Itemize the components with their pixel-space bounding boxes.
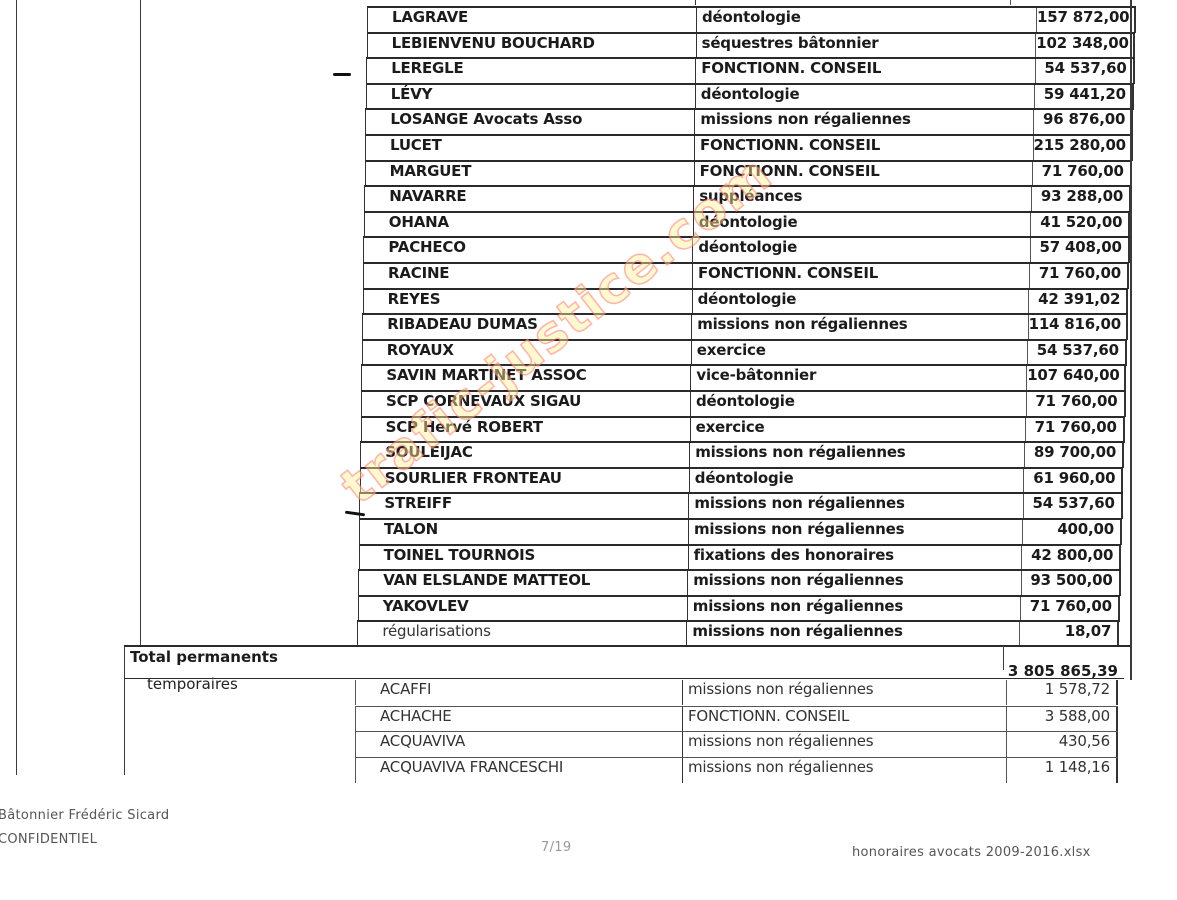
- cell-category: déontologie: [693, 213, 1031, 238]
- table-row: TOINEL TOURNOISfixations des honoraires4…: [359, 544, 1122, 571]
- cell-name: LAGRAVE: [368, 8, 696, 33]
- cell-name: OHANA: [365, 213, 693, 238]
- table-row: REYESdéontologie42 391,02: [363, 288, 1129, 315]
- cell-amount: 54 537,60: [1027, 341, 1127, 366]
- cell-name: NAVARRE: [365, 187, 693, 212]
- cell-amount: 102 348,00: [1035, 34, 1135, 59]
- partial-top-row: 55 542,24: [365, 0, 1132, 5]
- cell-amount: 59 441,20: [1034, 85, 1134, 110]
- group-column-border-lower: [124, 645, 125, 775]
- table-row: RACINEFONCTIONN. CONSEIL71 760,00: [363, 262, 1129, 289]
- scanned-page: 55 542,24 LAGRAVEdéontologie157 872,00LE…: [0, 0, 1177, 900]
- table-row: SOULEIJACmissions non régaliennes89 700,…: [360, 441, 1124, 468]
- cell-name: ACAFFI: [356, 680, 682, 705]
- cell-amount: 157 872,00: [1036, 8, 1136, 33]
- footer-classification: CONFIDENTIEL: [0, 832, 97, 847]
- table-row: ACHACHEFONCTIONN. CONSEIL3 588,00: [355, 706, 1118, 732]
- table-row: TALONmissions non régaliennes400,00: [359, 518, 1122, 545]
- cell-amount: 18,07: [1019, 622, 1119, 647]
- left-column-border: [16, 0, 17, 775]
- cell-name: régularisations: [358, 622, 686, 647]
- table-row: YAKOVLEVmissions non régaliennes71 760,0…: [358, 595, 1120, 622]
- cell-category: missions non régaliennes: [687, 571, 1020, 596]
- cell-category: déontologie: [692, 238, 1029, 263]
- table-row: SOURLIER FRONTEAUdéontologie61 960,00: [360, 467, 1124, 494]
- cell-amount: 107 640,00: [1026, 366, 1126, 391]
- cell-category: missions non régaliennes: [686, 622, 1019, 647]
- cell-amount: 42 800,00: [1021, 546, 1121, 571]
- table-row: STREIFFmissions non régaliennes54 537,60: [359, 492, 1122, 519]
- table-row: MARGUETFONCTIONN. CONSEIL71 760,00: [365, 160, 1132, 187]
- table-row: SCP CORNEVAUX SIGAUdéontologie71 760,00: [361, 390, 1126, 417]
- cell-category: missions non régaliennes: [694, 110, 1033, 135]
- table-row: RIBADEAU DUMASmissions non régaliennes11…: [362, 313, 1127, 340]
- cell-category: FONCTIONN. CONSEIL: [682, 707, 1006, 732]
- cell-category: fixations des honoraires: [688, 546, 1022, 571]
- cell-amount: 54 537,60: [1023, 494, 1123, 519]
- table-row: OHANAdéontologie41 520,00: [364, 211, 1131, 238]
- cell-amount: 71 760,00: [1029, 264, 1129, 289]
- cell-category: suppléances: [693, 187, 1031, 212]
- cell-amount: 71 760,00: [1026, 392, 1126, 417]
- cell-amount: 71 760,00: [1025, 418, 1125, 443]
- cell-category: déontologie: [689, 469, 1024, 494]
- pen-mark: [333, 73, 351, 76]
- cell-name: RACINE: [364, 264, 692, 289]
- cell-category: missions non régaliennes: [691, 315, 1027, 340]
- cell-amount: 57 408,00: [1030, 238, 1130, 263]
- footer-page-number: 7/19: [541, 840, 571, 855]
- cell-category: missions non régaliennes: [682, 732, 1006, 757]
- cell-category: missions non régaliennes: [688, 520, 1022, 545]
- cell-category: déontologie: [690, 392, 1026, 417]
- table-row: ACAFFImissions non régaliennes1 578,72: [355, 680, 1118, 705]
- cell-name: ACQUAVIVA FRANCESCHI: [356, 758, 682, 783]
- cell-category: missions non régaliennes: [682, 680, 1006, 705]
- table-row: PACHECOdéontologie57 408,00: [363, 236, 1129, 263]
- table-row: LEBIENVENU BOUCHARDséquestres bâtonnier1…: [367, 32, 1136, 59]
- cell-name: REYES: [364, 290, 692, 315]
- group-column-border: [140, 0, 141, 645]
- table-row: LEREGLEFONCTIONN. CONSEIL54 537,60: [366, 57, 1134, 84]
- cell-amount: 430,56: [1006, 732, 1118, 757]
- cell-name: SCP Hervé ROBERT: [362, 418, 690, 443]
- table-row: LUCETFONCTIONN. CONSEIL215 280,00: [365, 134, 1133, 161]
- cell-amount: 1 148,16: [1006, 758, 1118, 783]
- footer-filename: honoraires avocats 2009-2016.xlsx: [852, 845, 1091, 860]
- table-row: LAGRAVEdéontologie157 872,00: [367, 6, 1136, 33]
- cell-name: PACHECO: [364, 238, 692, 263]
- cell-name: TALON: [360, 520, 688, 545]
- cell-amount: 1 578,72: [1006, 680, 1118, 705]
- cell-amount: 41 520,00: [1030, 213, 1130, 238]
- cell-category: missions non régaliennes: [687, 597, 1020, 622]
- cell-category: séquestres bâtonnier: [696, 34, 1036, 59]
- cell-name: SOULEIJAC: [361, 443, 689, 468]
- cell-category: FONCTIONN. CONSEIL: [692, 264, 1029, 289]
- table-row: ACQUAVIVA FRANCESCHImissions non régalie…: [355, 757, 1118, 783]
- cell-name: SOURLIER FRONTEAU: [361, 469, 689, 494]
- table-row: SAVIN MARTINET ASSOCvice-bâtonnier107 64…: [361, 364, 1126, 391]
- cell-amount: 96 876,00: [1033, 110, 1133, 135]
- cell-name: MARGUET: [366, 162, 694, 187]
- cell-category: vice-bâtonnier: [690, 366, 1026, 391]
- cell-name: LOSANGE Avocats Asso: [366, 110, 694, 135]
- cell-name: SCP CORNEVAUX SIGAU: [362, 392, 690, 417]
- cell-category: missions non régaliennes: [689, 443, 1024, 468]
- cell-amount: 3 588,00: [1006, 707, 1118, 732]
- cell-amount: 71 760,00: [1032, 162, 1132, 187]
- footer-author: Bâtonnier Frédéric Sicard: [0, 808, 169, 823]
- cell-amount: 215 280,00: [1033, 136, 1133, 161]
- partial-amount: 55 542,24: [1010, 0, 1132, 5]
- cell-name: SAVIN MARTINET ASSOC: [362, 366, 690, 391]
- table-row: ACQUAVIVAmissions non régaliennes430,56: [355, 731, 1118, 757]
- cell-amount: 61 960,00: [1023, 469, 1123, 494]
- cell-amount: 71 760,00: [1020, 597, 1120, 622]
- table-row: VAN ELSLANDE MATTEOLmissions non régalie…: [358, 569, 1120, 596]
- cell-category: FONCTIONN. CONSEIL: [694, 136, 1033, 161]
- cell-name: LUCET: [366, 136, 694, 161]
- cell-category: missions non régaliennes: [682, 758, 1006, 783]
- cell-category: exercice: [690, 418, 1025, 443]
- cell-category: missions non régaliennes: [688, 494, 1022, 519]
- cell-amount: 93 288,00: [1031, 187, 1131, 212]
- cell-name: VAN ELSLANDE MATTEOL: [359, 571, 687, 596]
- cell-category: déontologie: [692, 290, 1029, 315]
- cell-name: ACHACHE: [356, 707, 682, 732]
- cell-category: FONCTIONN. CONSEIL: [694, 162, 1032, 187]
- cell-category: exercice: [691, 341, 1027, 366]
- cell-name: YAKOVLEV: [359, 597, 687, 622]
- table-row: ROYAUXexercice54 537,60: [362, 339, 1127, 366]
- cell-name: STREIFF: [360, 494, 688, 519]
- cell-name: RIBADEAU DUMAS: [363, 315, 691, 340]
- cell-name: LÉVY: [367, 85, 695, 110]
- table-row: SCP Hervé ROBERTexercice71 760,00: [361, 416, 1125, 443]
- table-row: régularisationsmissions non régaliennes1…: [357, 620, 1119, 647]
- table-row: LÉVYdéontologie59 441,20: [366, 83, 1134, 110]
- total-permanents-label: Total permanents: [130, 648, 278, 666]
- cell-name: TOINEL TOURNOIS: [360, 546, 688, 571]
- cell-name: ACQUAVIVA: [356, 732, 682, 757]
- cell-amount: 400,00: [1022, 520, 1122, 545]
- cell-amount: 54 537,60: [1035, 59, 1135, 84]
- cell-category: déontologie: [696, 8, 1036, 33]
- cell-category: déontologie: [695, 85, 1034, 110]
- cell-name: LEBIENVENU BOUCHARD: [368, 34, 696, 59]
- cell-amount: 93 500,00: [1021, 571, 1121, 596]
- cell-amount: 89 700,00: [1024, 443, 1124, 468]
- cell-amount: 42 391,02: [1028, 290, 1128, 315]
- cell-category: FONCTIONN. CONSEIL: [695, 59, 1034, 84]
- cell-name: LEREGLE: [367, 59, 695, 84]
- cell-name: ROYAUX: [363, 341, 691, 366]
- table-row: NAVARREsuppléances93 288,00: [364, 185, 1131, 212]
- table-row: LOSANGE Avocats Assomissions non régalie…: [365, 108, 1133, 135]
- cell-amount: 114 816,00: [1028, 315, 1128, 340]
